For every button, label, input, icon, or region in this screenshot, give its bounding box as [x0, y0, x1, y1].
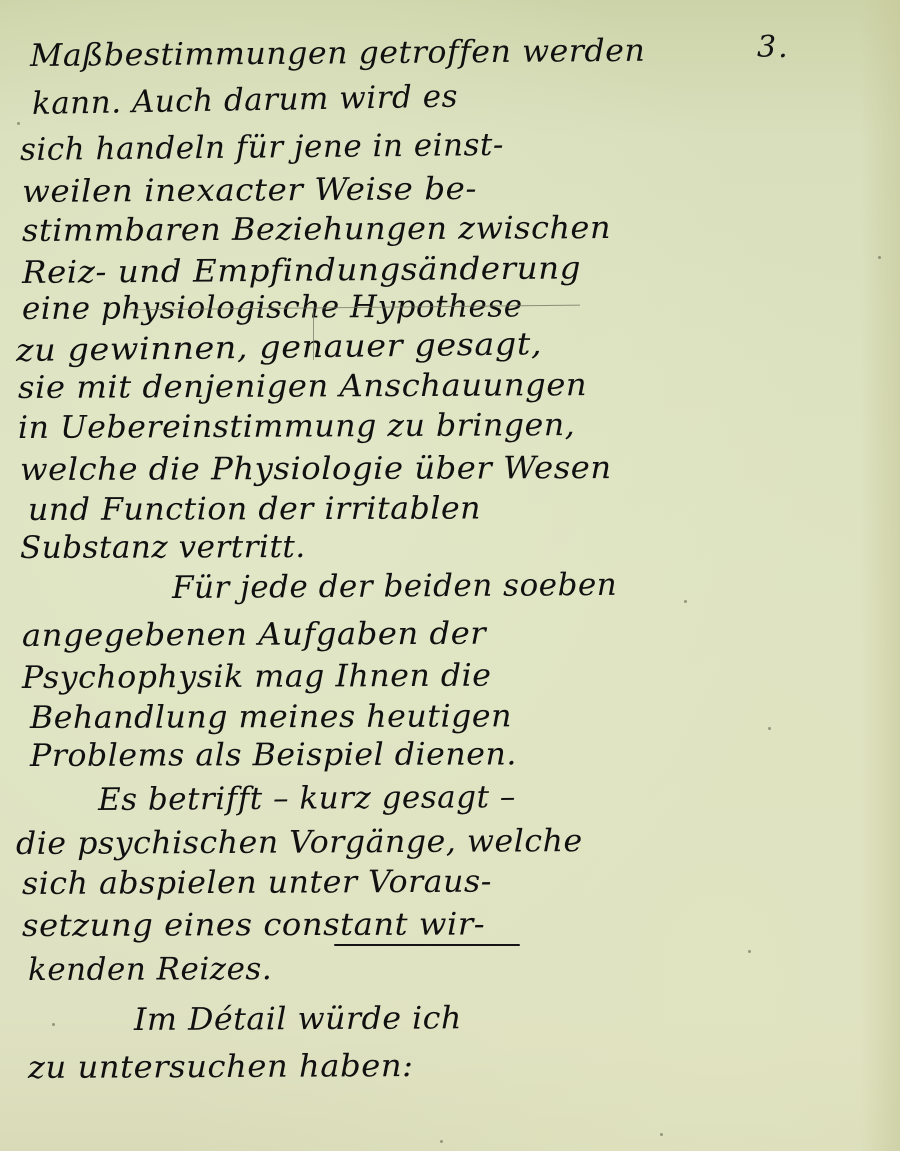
- paper-speck: [52, 1023, 55, 1026]
- manuscript-line-17: Behandlung meines heutigen: [30, 698, 512, 736]
- manuscript-line-20: die psychischen Vorgänge, welche: [16, 823, 583, 862]
- manuscript-body: Maßbestimmungen getroffen werden kann. A…: [0, 0, 900, 1151]
- manuscript-line-23: kenden Reizes.: [28, 951, 272, 988]
- manuscript-line-16: Psychophysik mag Ihnen die: [22, 658, 492, 696]
- manuscript-line-22: setzung eines constant wir-: [22, 906, 485, 944]
- manuscript-line-14: Für jede der beiden soeben: [172, 567, 617, 606]
- manuscript-line-9: sie mit denjenigen Anschauungen: [18, 367, 587, 406]
- pencil-tick-mark: [313, 310, 314, 360]
- manuscript-line-2: kann. Auch darum wird es: [32, 79, 459, 122]
- manuscript-line-11: welche die Physiologie über Wesen: [20, 450, 612, 488]
- manuscript-line-10: in Uebereinstimmung zu bringen,: [18, 407, 575, 446]
- manuscript-line-25: zu untersuchen haben:: [28, 1048, 414, 1086]
- paper-speck: [17, 122, 20, 125]
- manuscript-line-3: sich handeln für jene in einst-: [20, 127, 504, 168]
- manuscript-line-1: Maßbestimmungen getroffen werden: [30, 33, 646, 74]
- paper-speck: [440, 1140, 443, 1143]
- manuscript-line-8: zu gewinnen, genauer gesagt,: [16, 326, 543, 369]
- manuscript-line-15: angegebenen Aufgaben der: [22, 616, 486, 654]
- paper-speck: [878, 256, 881, 259]
- manuscript-line-12: und Function der irritablen: [28, 490, 481, 528]
- paper-speck: [748, 950, 751, 953]
- manuscript-line-13: Substanz vertritt.: [20, 529, 306, 566]
- manuscript-line-21: sich abspielen unter Voraus-: [22, 864, 492, 902]
- paper-speck: [660, 1133, 663, 1136]
- manuscript-line-24: Im Détail würde ich: [134, 1000, 462, 1038]
- manuscript-line-18: Problems als Beispiel dienen.: [30, 736, 517, 774]
- constant-underline: [334, 944, 520, 946]
- paper-speck: [768, 727, 771, 730]
- paper-speck: [684, 600, 687, 603]
- manuscript-line-6: Reiz- und Empfindungsänderung: [22, 250, 581, 291]
- manuscript-line-5: stimmbaren Beziehungen zwischen: [22, 210, 611, 249]
- manuscript-line-19: Es betrifft – kurz gesagt –: [98, 779, 516, 818]
- manuscript-line-4: weilen inexacter Weise be-: [22, 171, 477, 210]
